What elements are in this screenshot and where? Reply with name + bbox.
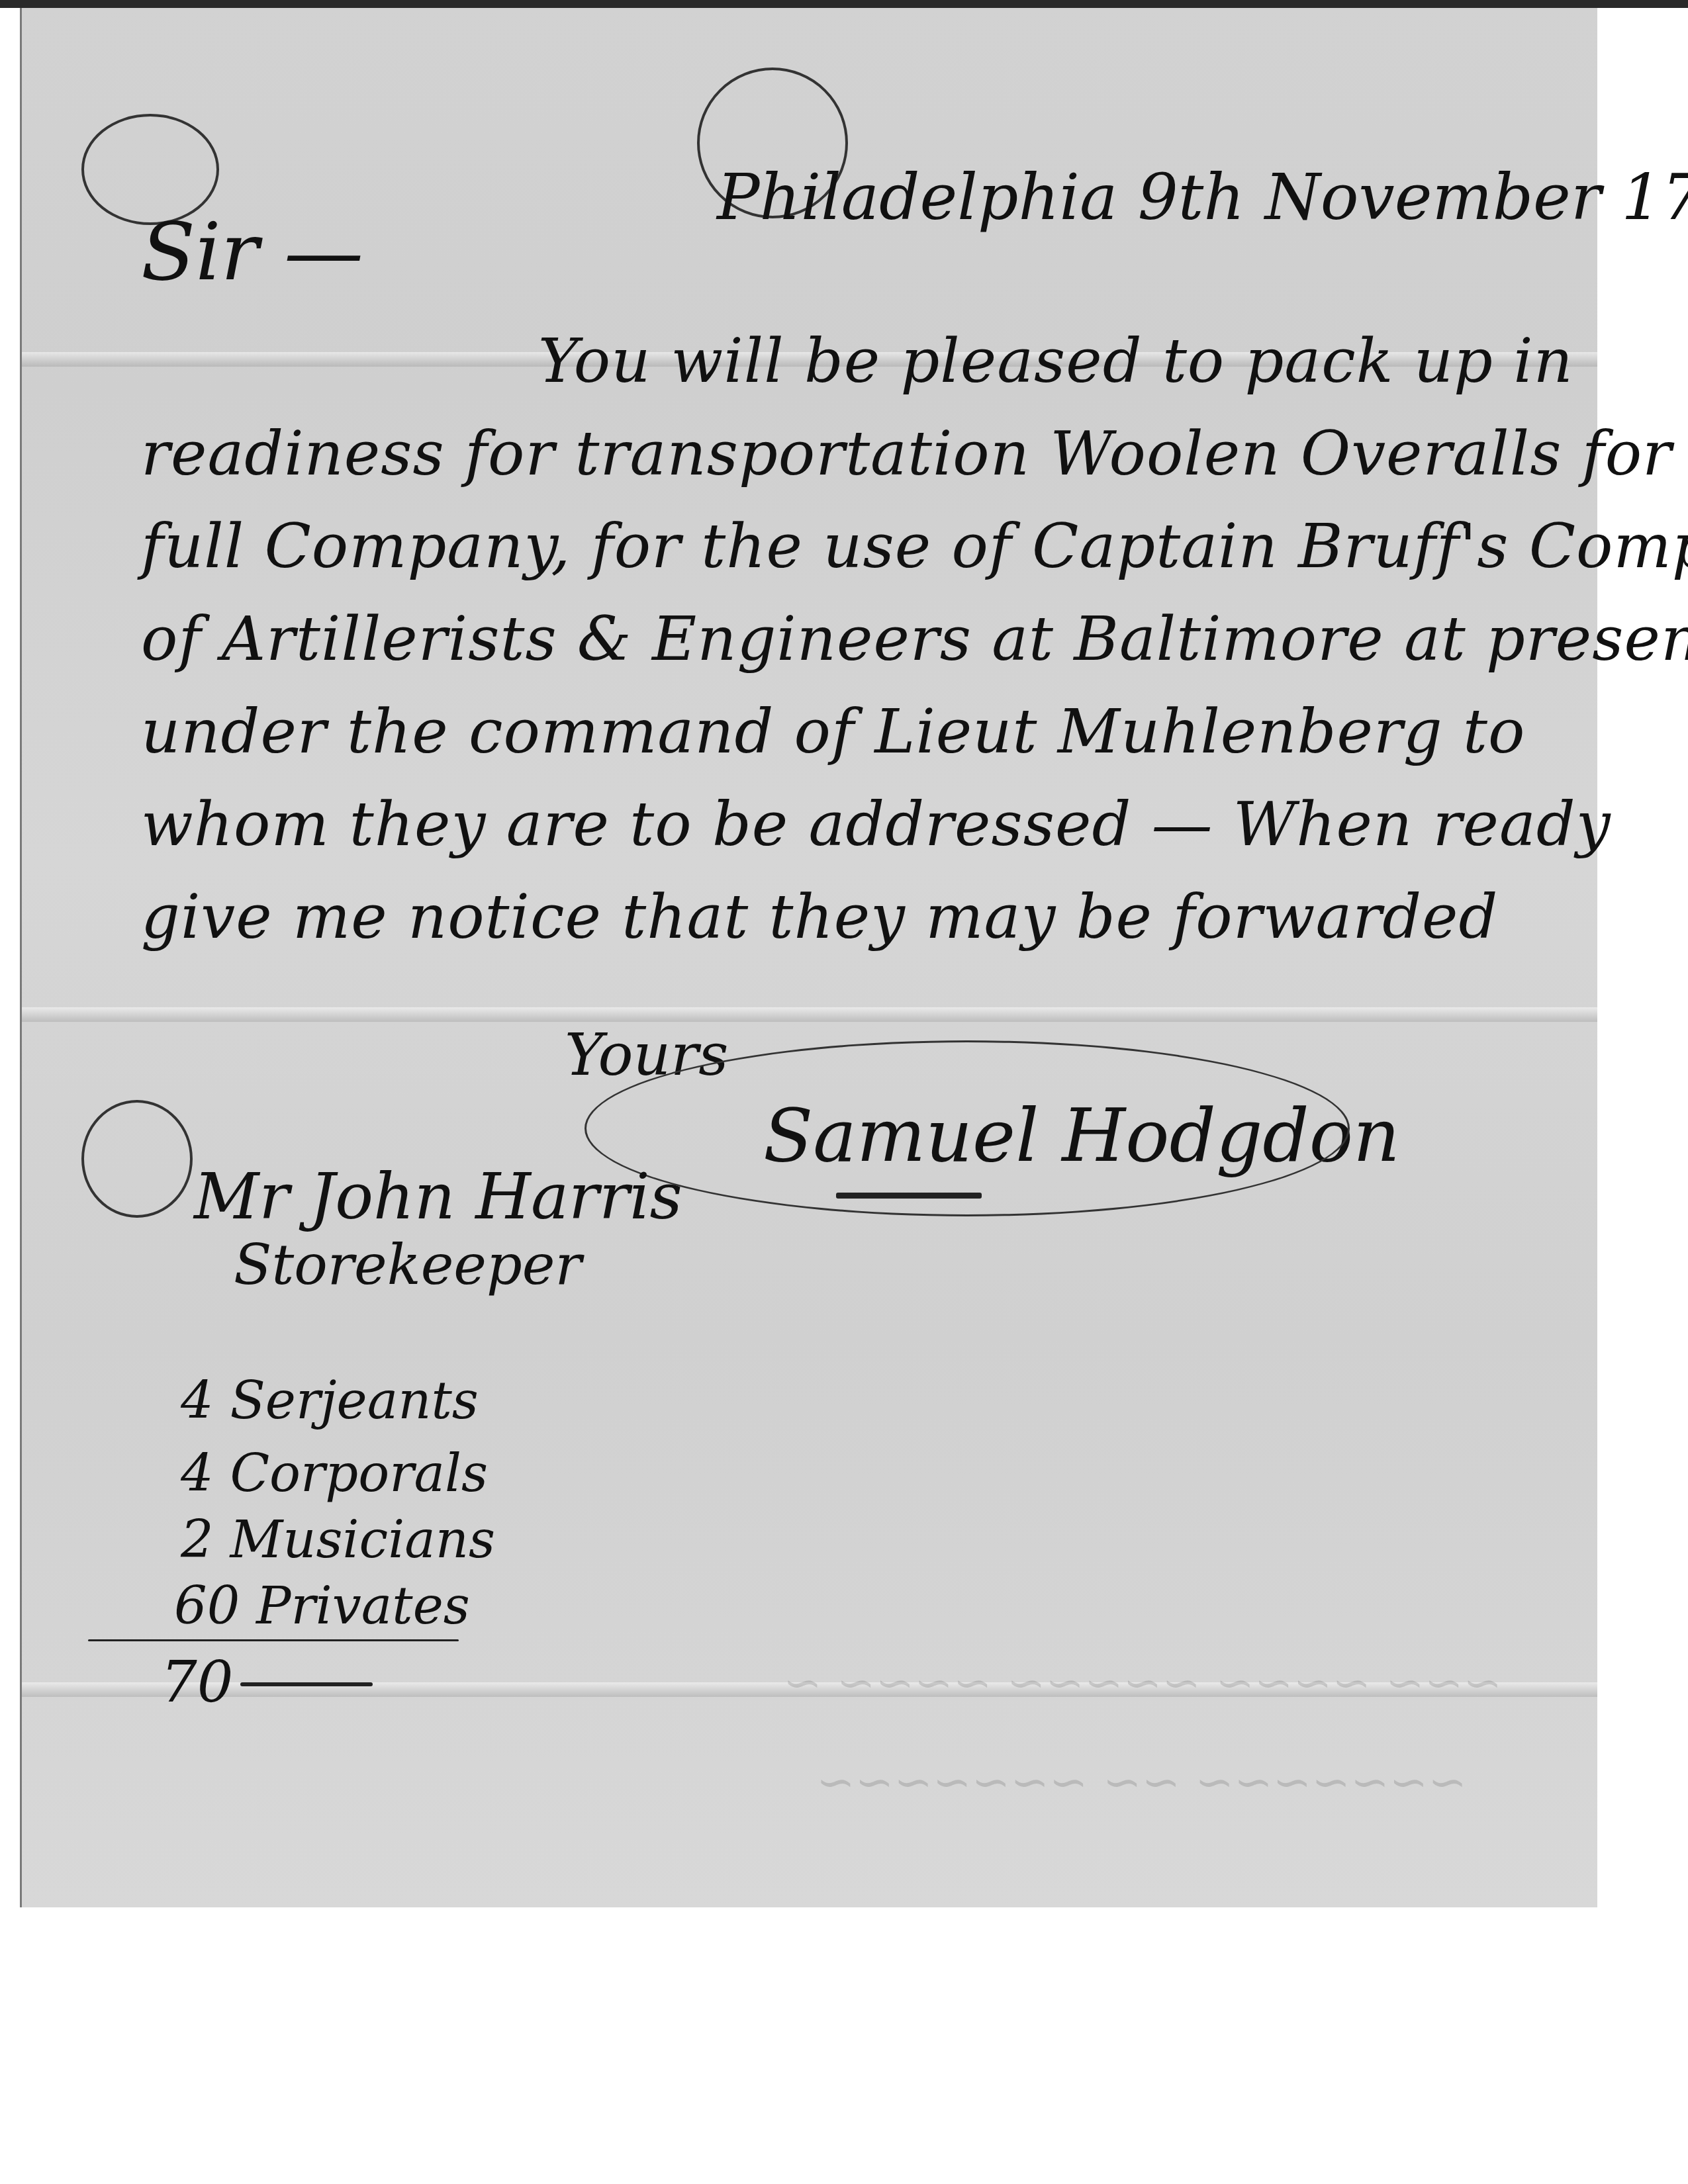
tally-count: 4 [181, 1371, 214, 1431]
tally-count: 60 [174, 1576, 240, 1636]
tally-label: Privates [256, 1576, 470, 1636]
tally-item: 4 Corporals [181, 1444, 488, 1504]
body-line: whom they are to be addressed — When rea… [141, 789, 1611, 860]
tally-total-dash [240, 1682, 373, 1686]
tally-item: 60 Privates [174, 1576, 470, 1636]
tally-label: Serjeants [230, 1371, 478, 1431]
addressee-name: Mr John Harris [194, 1160, 682, 1234]
tally-label: Corporals [230, 1444, 488, 1504]
signature-flourish [585, 1040, 1350, 1216]
body-line: full Company, for the use of Captain Bru… [141, 511, 1688, 582]
addressee-title: Storekeeper [234, 1232, 582, 1297]
fold-line [22, 1007, 1597, 1022]
tally-count: 2 [181, 1510, 214, 1570]
dateline: Philadelphia 9th November 1799 [717, 160, 1688, 234]
signature-underline [836, 1193, 982, 1199]
scan-top-edge [0, 0, 1688, 8]
tally-item: 4 Serjeants [181, 1371, 479, 1431]
body-line: under the command of Lieut Muhlenberg to [141, 696, 1525, 767]
bleed-through-text: ~~~~~~~ ~~ ~~~~~~~ [816, 1755, 1467, 1809]
body-line: of Artillerists & Engineers at Baltimore… [141, 604, 1688, 674]
letter-page: ~~~ ~~~~ ~~~~~ ~~~~ ~ ~~~~~~~ ~~ ~~~~~~~… [20, 8, 1597, 1907]
bleed-through-text: ~~~ ~~~~ ~~~~~ ~~~~ ~ [783, 1656, 1502, 1710]
body-line: You will be pleased to pack up in [538, 326, 1573, 396]
tally-sum-rule [88, 1639, 459, 1641]
tally-label: Musicians [230, 1510, 494, 1570]
tally-item: 2 Musicians [181, 1510, 495, 1570]
addressee-flourish [81, 1100, 193, 1218]
tally-count: 4 [181, 1444, 214, 1504]
salutation: Sir — [141, 206, 363, 298]
body-line: give me notice that they may be forwarde… [141, 882, 1498, 952]
body-line: readiness for transportation Woolen Over… [141, 418, 1688, 489]
tally-total: 70 [161, 1649, 233, 1715]
